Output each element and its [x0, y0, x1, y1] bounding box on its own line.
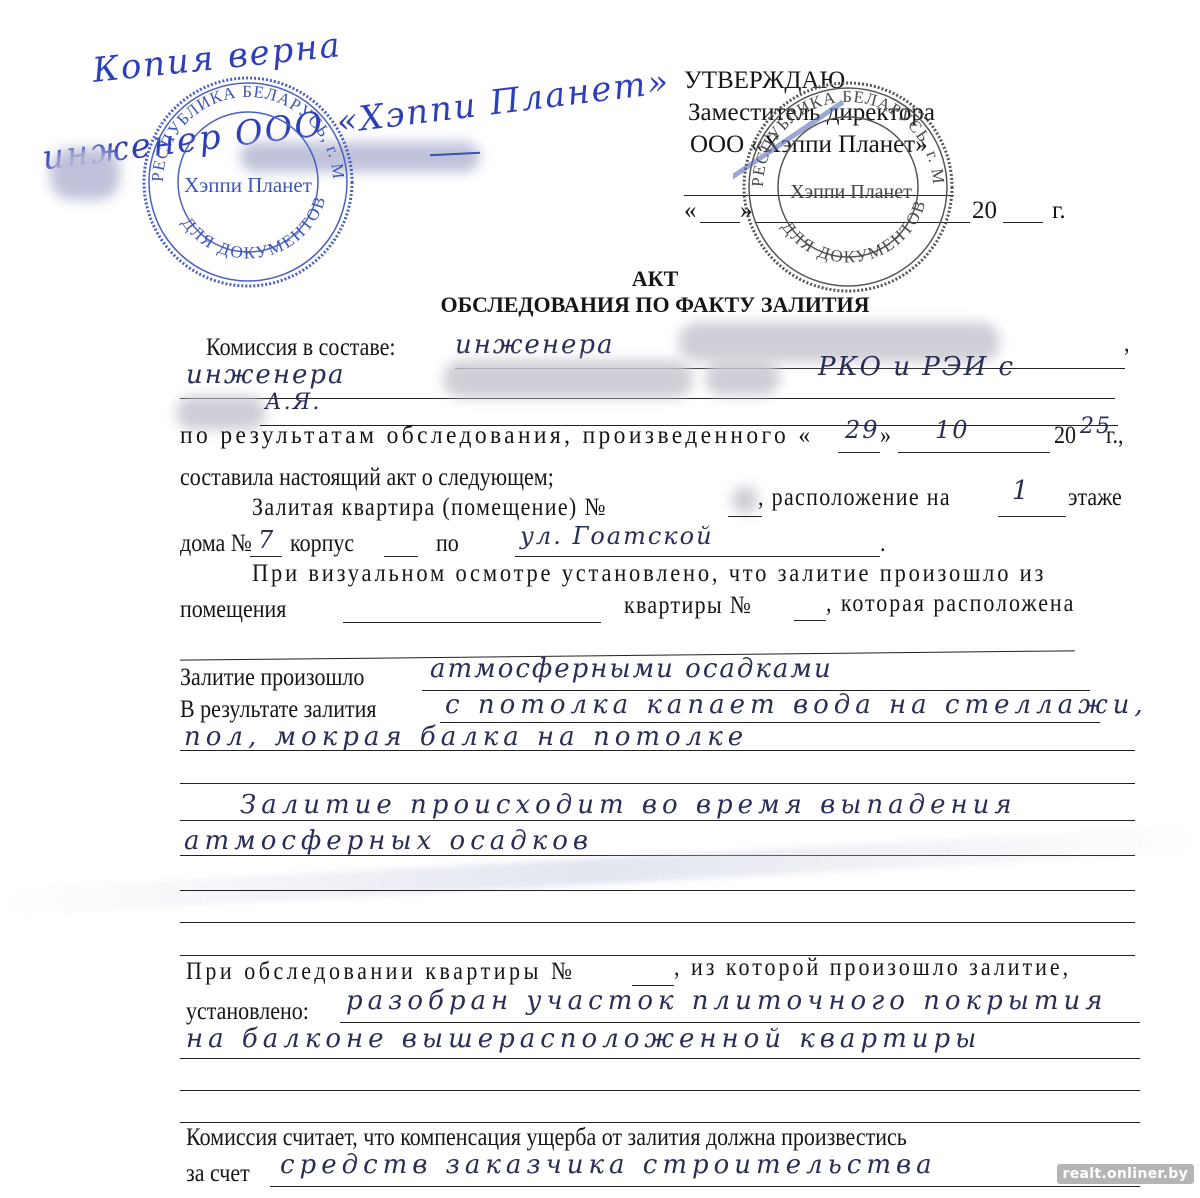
approval-year-line — [1003, 222, 1043, 223]
established-line-2: на балконе вышерасположенной квартиры — [186, 1024, 981, 1054]
approval-month-line — [756, 222, 970, 223]
result-line-4: атмосферных осадков — [184, 826, 593, 856]
approval-heading: УТВЕРЖДАЮ — [684, 64, 845, 98]
inspection-month: 10 — [935, 416, 970, 444]
compensation-value: средств заказчика строительства — [280, 1150, 937, 1180]
commission-member2-role: инженера — [186, 360, 345, 390]
approval-date-open-quote: « — [684, 194, 697, 228]
redacted-name — [240, 142, 480, 172]
inspection-day-line — [838, 452, 880, 453]
commission-member1-role: инженера — [455, 330, 614, 360]
source-apartment-label: квартиры № — [624, 592, 752, 620]
inspection-close-quote: » — [880, 422, 891, 450]
street-end: . — [880, 530, 886, 558]
result-label: В результате залития — [180, 696, 377, 724]
flooded-apartment-label: Залитая квартира (помещение) № — [252, 494, 607, 522]
inspection-text: по результатам обследования, произведенн… — [180, 422, 813, 450]
established-underline-2 — [180, 1058, 1140, 1059]
compensation-text: Комиссия считает, что компенсация ущерба… — [186, 1124, 907, 1152]
inspection-month-line — [898, 452, 1050, 453]
house-label: дома № — [180, 530, 252, 558]
established-underline-1 — [340, 1022, 1140, 1023]
established-underline-3 — [180, 1090, 1140, 1091]
source-inspection-prefix: При обследовании квартиры № — [186, 958, 575, 986]
source-watermark: realt.onliner.by — [1057, 1164, 1194, 1184]
redacted-name — [50, 148, 120, 200]
source-inspection-suffix: , из которой произошло залитие, — [674, 954, 1071, 982]
established-underline-4 — [180, 1122, 1140, 1123]
commission-member3-initials: А.Я. — [265, 390, 321, 415]
floor-suffix: этаже — [1068, 484, 1122, 512]
source-apartment-line — [794, 620, 826, 621]
house-number-line — [250, 556, 282, 557]
inspection-conclusion: составила настоящий акт о следующем; — [180, 464, 554, 492]
scan-smear — [0, 827, 1200, 916]
approval-date-close-quote: » — [740, 194, 753, 228]
document-subtitle: ОБСЛЕДОВАНИЯ ПО ФАКТУ ЗАЛИТИЯ — [0, 292, 1200, 318]
floor-value: 1 — [1012, 476, 1031, 506]
approval-year-suffix: г. — [1052, 194, 1066, 228]
cause-value: атмосферными осадками — [430, 654, 833, 684]
result-underline-4 — [180, 820, 1135, 821]
source-room-line — [343, 622, 601, 623]
source-room-label: помещения — [180, 596, 286, 624]
result-line-3: Залитие происходит во время выпадения — [240, 790, 1017, 820]
svg-text:Хэппи Планет: Хэппи Планет — [790, 181, 912, 203]
building-label: корпус — [290, 530, 354, 558]
approval-day-line — [700, 222, 740, 223]
building-line — [384, 556, 418, 557]
compensation-underline — [270, 1186, 1140, 1187]
approval-position: Заместитель директора — [688, 96, 935, 130]
certified-copy-note: Копия верна — [91, 25, 344, 91]
established-label: установлено: — [186, 998, 309, 1026]
svg-text:ДЛЯ ДОКУМЕНТОВ: ДЛЯ ДОКУМЕНТОВ — [178, 192, 330, 262]
document-title: АКТ — [0, 266, 1200, 292]
cause-label: Залитие произошло — [180, 664, 364, 692]
house-number: 7 — [258, 526, 275, 554]
result-underline-3 — [180, 783, 1135, 784]
redacted-name — [705, 360, 780, 396]
apartment-number-line — [728, 516, 762, 517]
company-stamp-left: РЕСПУБЛИКА БЕЛАРУСЬ, г. МИНСК ДЛЯ ДОКУМЕ… — [133, 60, 363, 290]
redacted-name — [443, 360, 693, 398]
street-line — [515, 556, 880, 557]
approval-year-prefix: 20 — [972, 194, 997, 228]
established-line-1: разобран участок плиточного покрытия — [346, 986, 1108, 1016]
svg-text:ДЛЯ ДОКУМЕНТОВ: ДЛЯ ДОКУМЕНТОВ — [778, 196, 930, 266]
location-suffix: , которая расположена — [826, 590, 1075, 618]
result-line-1: с потолка капает вода на стеллажи, — [445, 690, 1148, 720]
result-underline-6 — [180, 890, 1135, 891]
approval-signature-line — [684, 195, 954, 196]
svg-text:Хэппи Планет: Хэппи Планет — [184, 173, 312, 197]
floor-line — [998, 516, 1066, 517]
location-label: , расположение на — [758, 484, 951, 512]
commission-label: Комиссия в составе: — [206, 334, 396, 362]
visual-inspection-text: При визуальном осмотре установлено, что … — [252, 560, 1046, 588]
commission-member2-extra: РКО и РЭИ с — [818, 352, 1015, 382]
street-label: по — [436, 530, 459, 558]
approval-company: ООО «Хэппи Планет» — [690, 128, 928, 162]
inspection-year-suffix: г., — [1106, 422, 1124, 450]
compensation-label: за счет — [186, 1160, 250, 1188]
commission-comma: , — [1124, 330, 1130, 358]
result-underline-2 — [180, 750, 1135, 751]
result-underline-7 — [180, 922, 1135, 923]
redacted-apartment-number — [732, 486, 758, 514]
inspection-day: 29 — [845, 416, 880, 444]
result-line-2: пол, мокрая балка на потолке — [184, 722, 748, 752]
inspection-year-prefix: 20 — [1054, 422, 1076, 450]
street-value: ул. Гоатской — [520, 522, 714, 550]
